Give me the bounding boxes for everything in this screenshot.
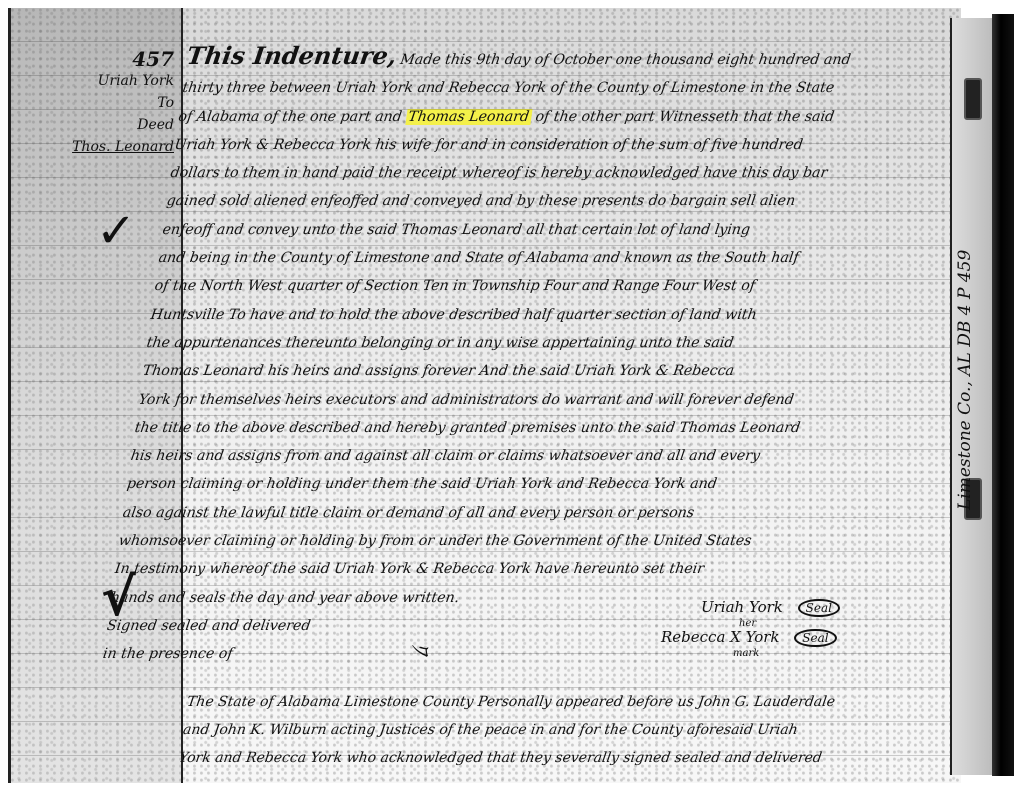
deed-line: This Indenture, Made this 9th day of Oct…: [184, 42, 954, 74]
deed-line: his heirs and assigns from and against a…: [129, 442, 898, 470]
scan-edge-shadow: [992, 14, 1014, 776]
margin-grantor: Uriah York: [49, 70, 174, 92]
deed-page: 457 Uriah York To Deed Thos. Leonard ✓ √…: [8, 8, 961, 783]
seal-icon: Seal: [798, 599, 840, 617]
deed-line: York for themselves heirs executors and …: [137, 386, 906, 414]
check-mark-icon: ✓: [96, 203, 136, 259]
signature-name: Uriah York: [701, 598, 783, 616]
deed-line: the appurtenances thereunto belonging or…: [145, 329, 914, 357]
margin-deed: Deed: [49, 114, 174, 136]
binding-tab-icon: [964, 78, 982, 120]
margin-index-note: 457 Uriah York To Deed Thos. Leonard: [49, 48, 174, 158]
deed-title: This Indenture,: [185, 42, 398, 70]
witness-flourish: ﾜ: [406, 643, 437, 654]
deed-line: also against the lawful title claim or d…: [121, 499, 890, 527]
her-label: her: [739, 618, 756, 629]
mark-label: mark: [733, 648, 759, 659]
highlighted-grantee-name: Thomas Leonard: [405, 109, 532, 125]
deed-line: Huntsville To have and to hold the above…: [149, 301, 918, 329]
signature-rebecca-york: her Rebecca X York Seal mark: [661, 628, 941, 658]
source-citation: Limestone Co., AL DB 4 P 459: [955, 250, 975, 510]
ack-line: and John K. Wilburn acting Justices of t…: [181, 716, 950, 744]
deed-line: dollars to them in hand paid the receipt…: [169, 159, 938, 187]
deed-line: enfeoff and convey unto the said Thomas …: [161, 216, 930, 244]
deed-line: gained sold aliened enfeoffed and convey…: [165, 187, 934, 215]
deed-line: thirty three between Uriah York and Rebe…: [180, 74, 949, 102]
deed-line: the title to the above described and her…: [133, 414, 902, 442]
margin-to: To: [49, 92, 174, 114]
signature-uriah-york: Uriah York Seal: [701, 598, 941, 628]
page-number: 457: [49, 48, 174, 70]
ack-line: York and Rebecca York who acknowledged t…: [177, 744, 946, 772]
deed-line: whomsoever claiming or holding by from o…: [117, 527, 886, 555]
margin-grantee: Thos. Leonard: [49, 136, 174, 158]
deed-line: Thomas Leonard his heirs and assigns for…: [141, 357, 910, 385]
deed-line: and being in the County of Limestone and…: [157, 244, 926, 272]
signature-block: Uriah York Seal her Rebecca X York Seal …: [701, 598, 941, 658]
deed-line: In testimony whereof the said Uriah York…: [113, 555, 882, 583]
signature-name: Rebecca X York: [661, 628, 780, 646]
seal-icon: Seal: [794, 629, 836, 647]
deed-line: of Alabama of the one part and Thomas Le…: [177, 103, 946, 131]
deed-line: of the North West quarter of Section Ten…: [153, 272, 922, 300]
acknowledgment-section: The State of Alabama Limestone County Pe…: [177, 688, 954, 772]
deed-line: Uriah York & Rebecca York his wife for a…: [173, 131, 942, 159]
deed-body: This Indenture, Made this 9th day of Oct…: [101, 42, 954, 669]
deed-line: person claiming or holding under them th…: [125, 470, 894, 498]
ack-line: The State of Alabama Limestone County Pe…: [185, 688, 954, 716]
